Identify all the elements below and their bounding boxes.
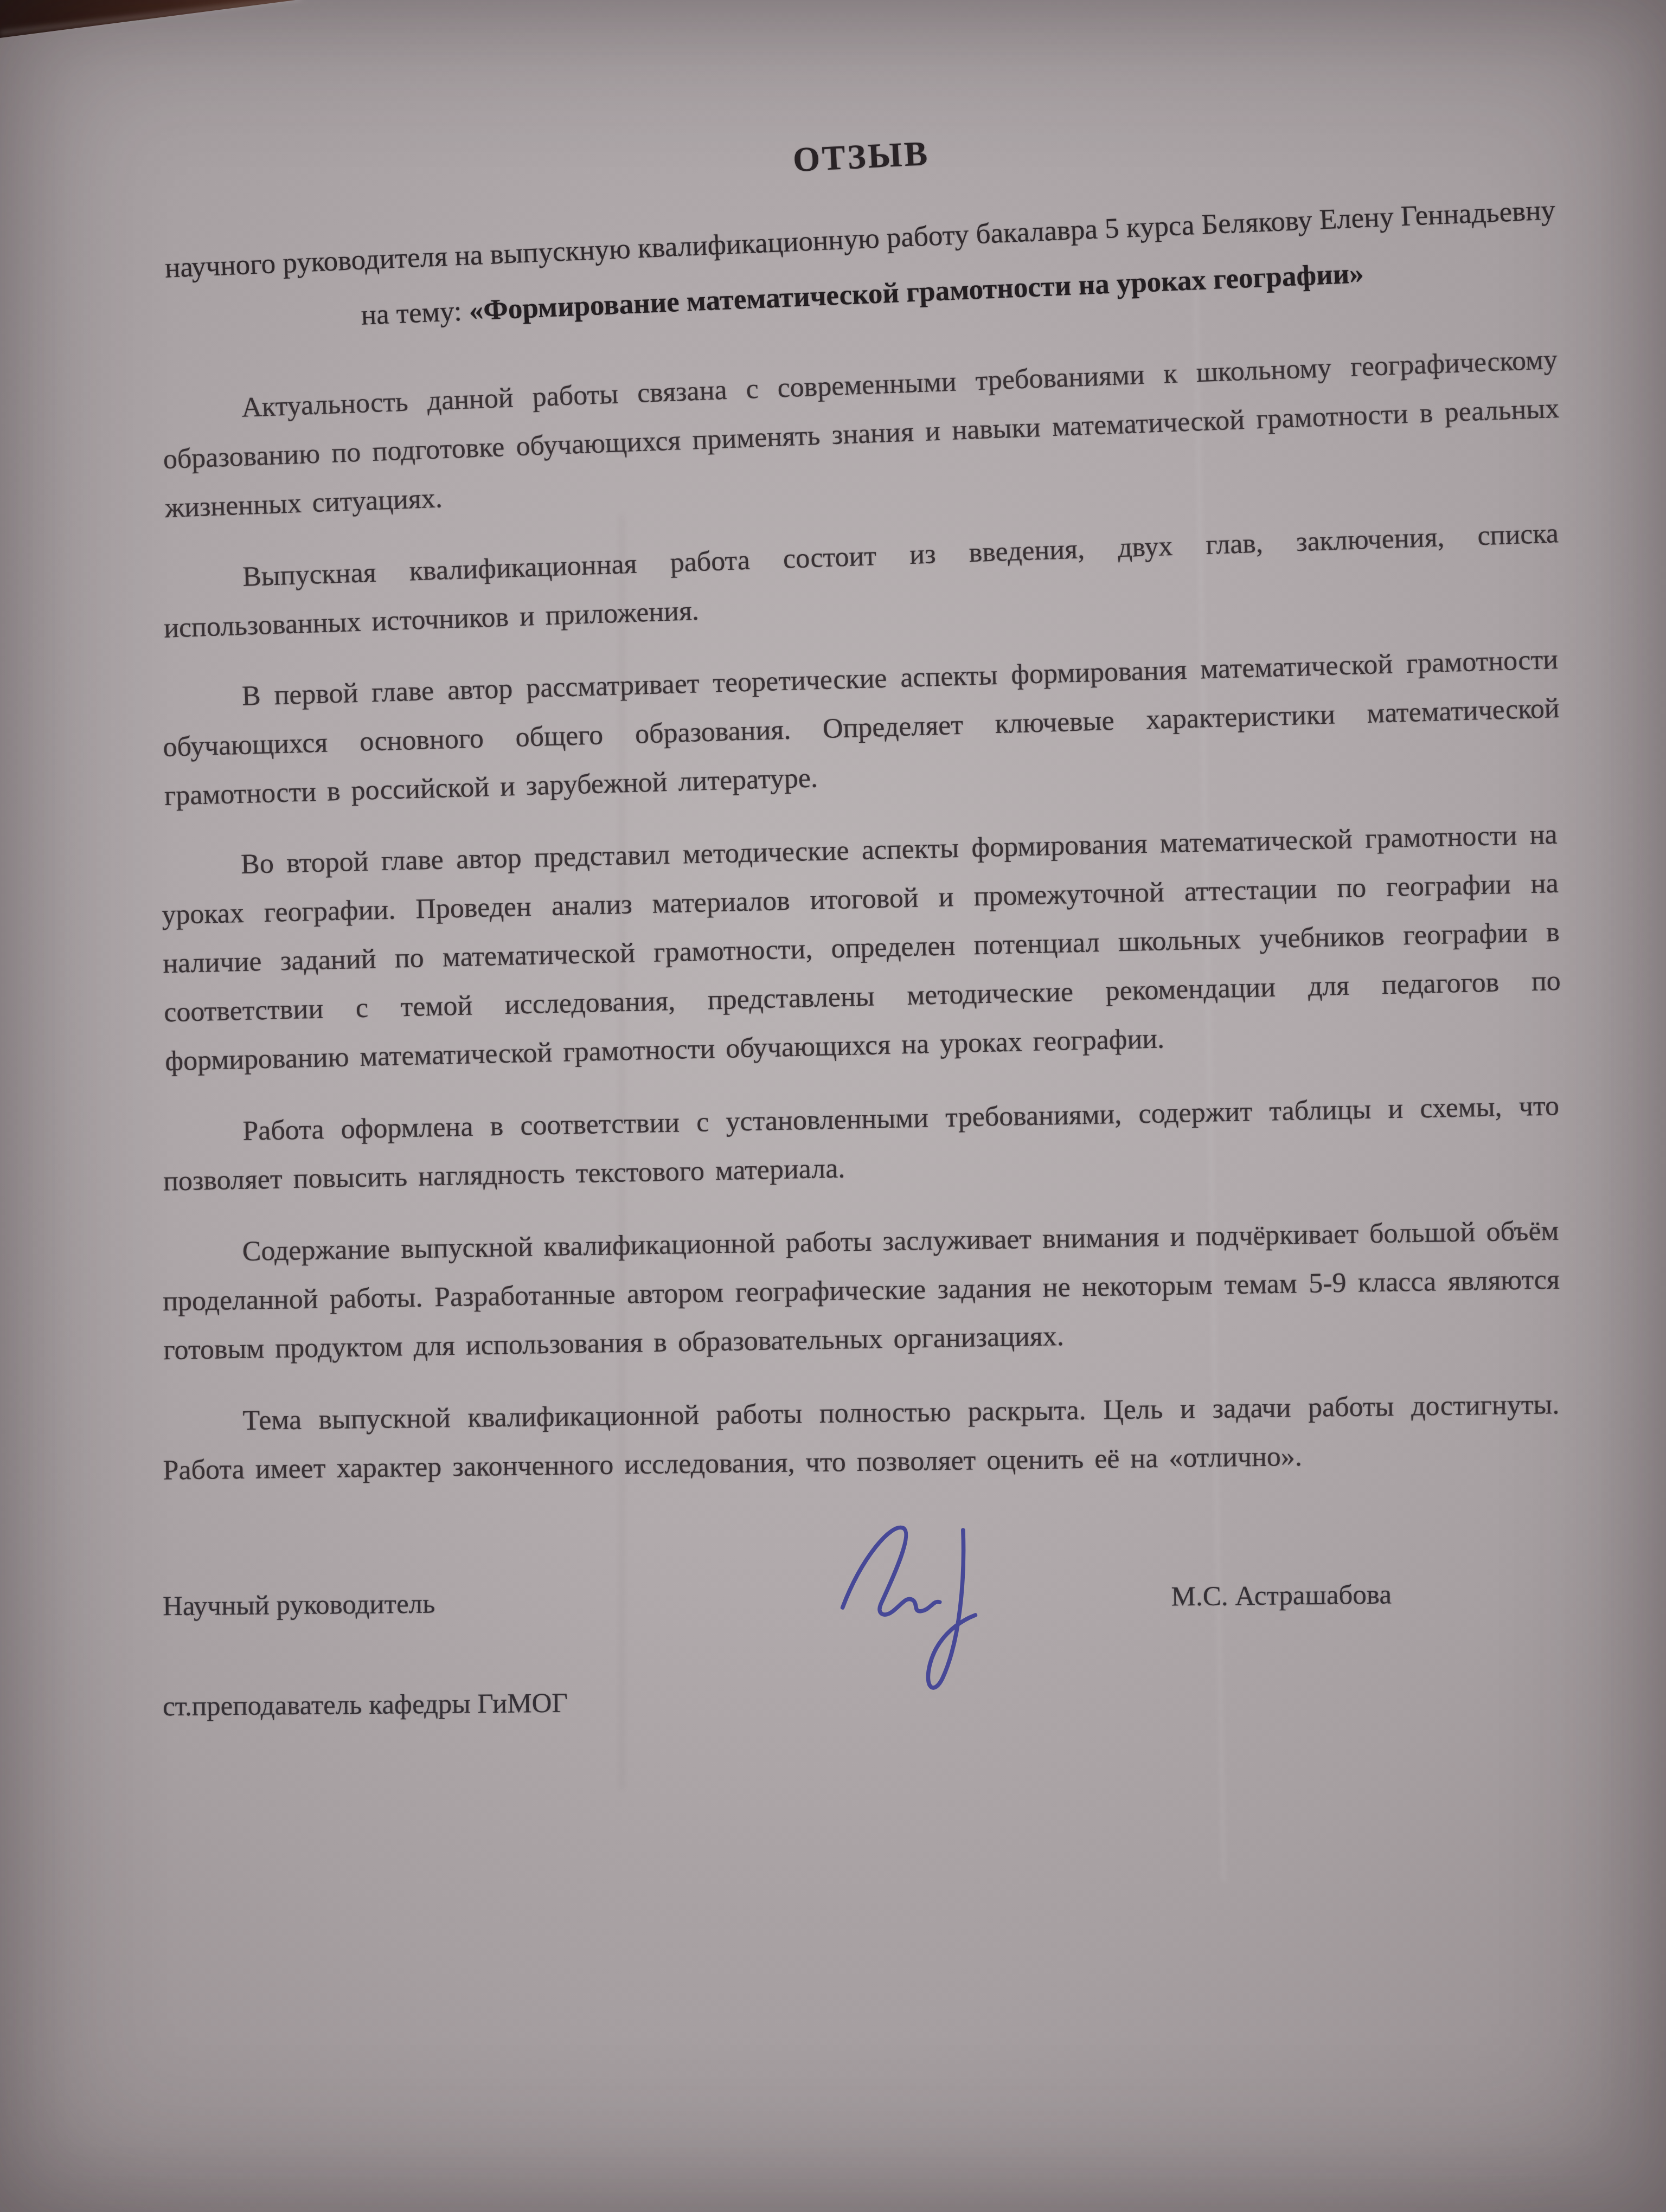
signature-block: Научный руководитель М.С. Астрашабова — [163, 1578, 1560, 1623]
handwritten-signature-icon — [810, 1494, 1007, 1700]
paragraph-relevance: Актуальность данной работы связана с сов… — [161, 336, 1562, 533]
document-subtitle: научного руководителя на выпускную квали… — [161, 182, 1561, 351]
document-page: ОТЗЫВ научного руководителя на выпускную… — [0, 0, 1666, 2212]
paragraph-structure: Выпускная квалификационная работа состои… — [162, 509, 1561, 653]
photo-frame: ОТЗЫВ научного руководителя на выпускную… — [0, 0, 1666, 2212]
subtitle-topic-bold: «Формирование математической грамотности… — [469, 258, 1364, 326]
paragraph-formatting: Работа оформлена в соответствии с устано… — [162, 1082, 1561, 1206]
supervisor-name: М.С. Астрашабова — [1171, 1579, 1392, 1613]
paragraph-chapter-2: Во второй главе автор представил методич… — [160, 811, 1562, 1086]
paragraph-conclusion: Тема выпускной квалификационной работы п… — [162, 1380, 1560, 1495]
supervisor-position-label: ст.преподаватель кафедры ГиМОГ — [163, 1679, 1560, 1722]
paragraph-content-value: Содержание выпускной квалификационной ра… — [162, 1207, 1561, 1375]
paragraph-chapter-1: В первой главе автор рассматривает теоре… — [161, 635, 1562, 821]
supervisor-role-label: Научный руководитель — [163, 1589, 435, 1623]
